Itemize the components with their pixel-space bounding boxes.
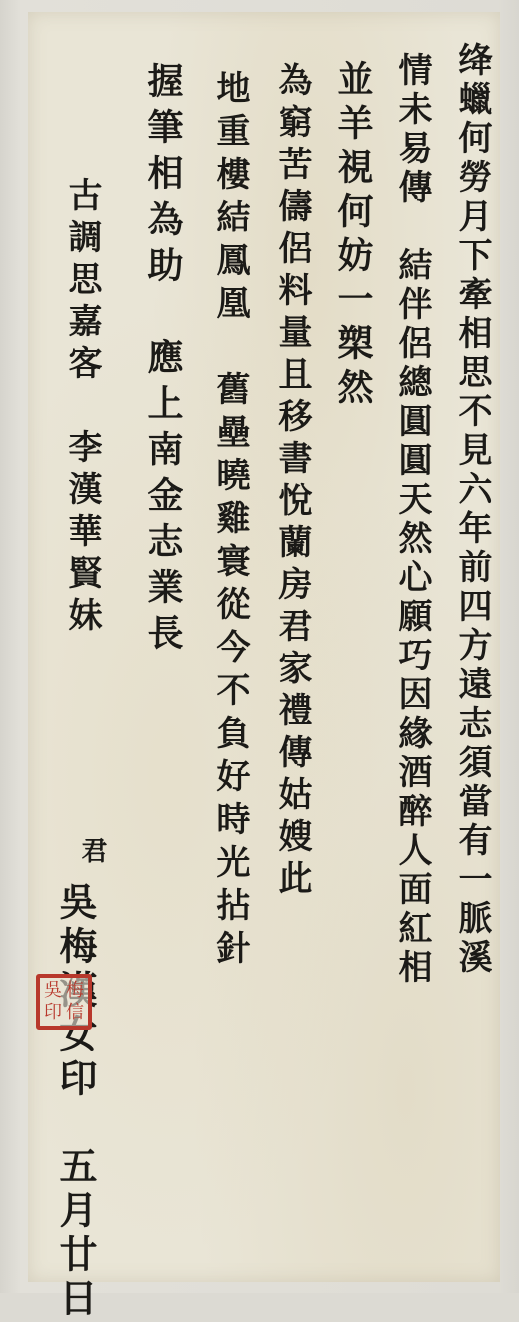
- text-column-4: 為窮苦儔侶料量且移書悅蘭房君家禮傳姑嫂此: [268, 62, 317, 902]
- seal-char: 信: [64, 1002, 86, 1024]
- text-column-1: 绛蠟何勞月下牽相思不見六年前四方遠志須當有一脈溪: [448, 42, 497, 978]
- seal-char: 梅: [64, 980, 86, 1002]
- text-column-5: 地重樓結鳳凰 舊壘曉雞寰從今不負好時光拈針: [206, 70, 255, 973]
- red-seal-stamp: 吳 梅 印 信: [36, 974, 92, 1030]
- seal-char: 吳: [42, 980, 64, 1002]
- inscription-column: 古調思嘉客 李漢華賢妹: [58, 177, 107, 639]
- calligraphy-paper: 绛蠟何勞月下牽相思不見六年前四方遠志須當有一脈溪 情未易傳 結伴侶總圓圓天然心願…: [28, 12, 500, 1282]
- text-column-6: 握筆相為助 應上南金志業長: [138, 62, 189, 660]
- text-column-3: 並羊視何妨一槊然: [328, 60, 379, 412]
- scroll-mount: 绛蠟何勞月下牽相思不見六年前四方遠志須當有一脈溪 情未易傳 結伴侶總圓圓天然心願…: [0, 0, 519, 1293]
- seal-char: 印: [42, 1002, 64, 1024]
- inscription-prefix: 君: [74, 837, 111, 869]
- signature-column: 吳梅漢女印 五月廿日: [48, 882, 103, 1293]
- text-column-2: 情未易傳 結伴侶總圓圓天然心願巧因緣酒醉人面紅相: [388, 52, 437, 988]
